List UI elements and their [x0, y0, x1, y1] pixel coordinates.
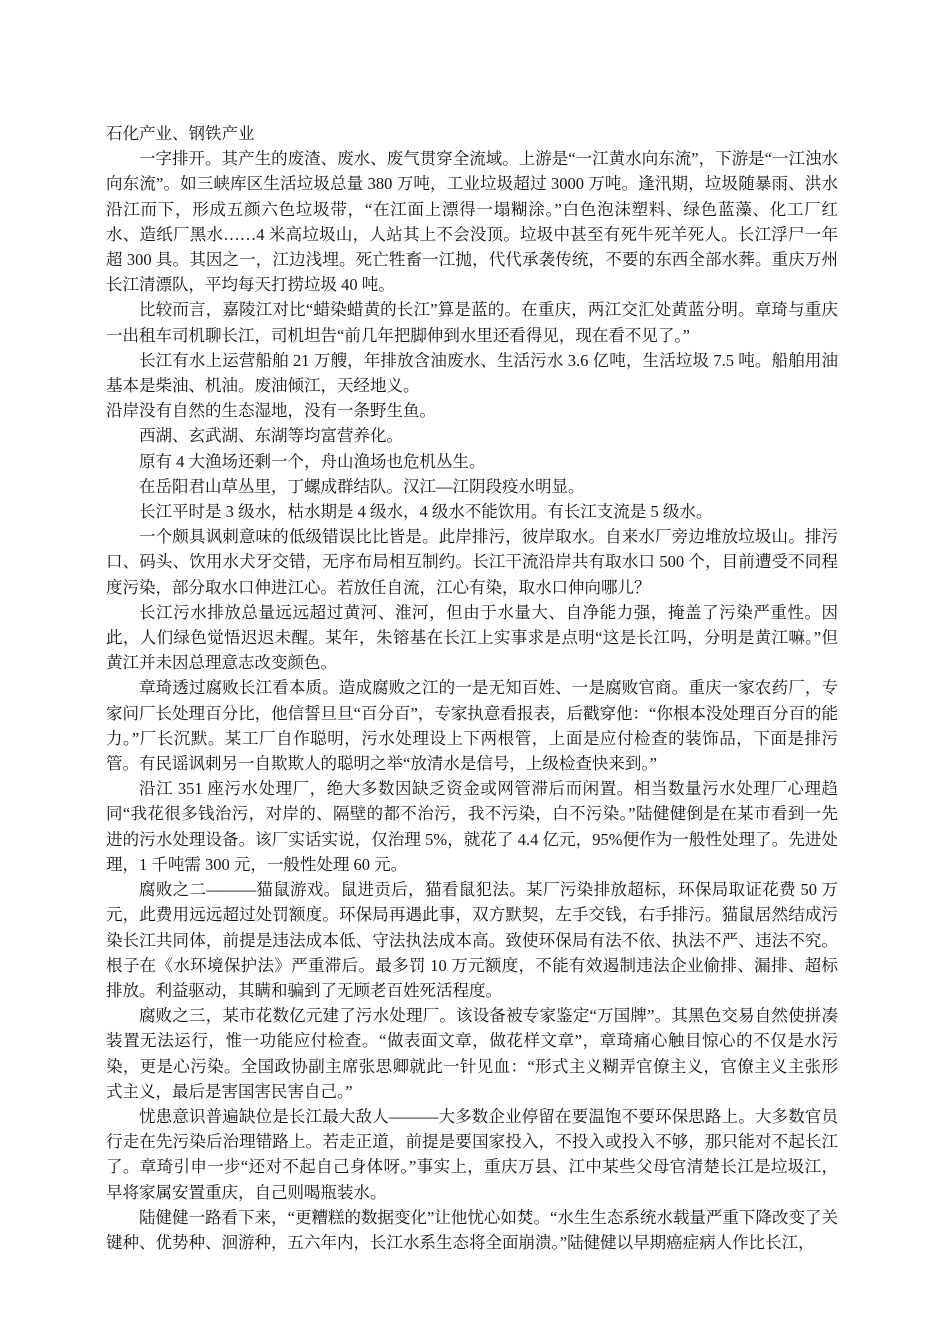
paragraph: 一个颇具讽刺意味的低级错误比比皆是。此岸排污，彼岸取水。自来水厂旁边堆放垃圾山。…	[106, 524, 838, 600]
paragraph: 比较而言，嘉陵江对比“蜡染蜡黄的长江”算是蓝的。在重庆，两江交汇处黄蓝分明。章琦…	[106, 297, 838, 347]
paragraph: 沿江 351 座污水处理厂，绝大多数因缺乏资金或网管滞后而闲置。相当数量污水处理…	[106, 776, 838, 877]
paragraph: 石化产业、钢铁产业	[106, 121, 838, 146]
paragraph: 陆健健一路看下来，“更糟糕的数据变化”让他忧心如焚。“水生生态系统水载量严重下降…	[106, 1205, 838, 1255]
paragraph: 章琦透过腐败长江看本质。造成腐败之江的一是无知百姓、一是腐败官商。重庆一家农药厂…	[106, 675, 838, 776]
paragraph: 腐败之三，某市花数亿元建了污水处理厂。该设备被专家鉴定“万国牌”。其黑色交易自然…	[106, 1003, 838, 1104]
paragraph: 忧患意识普遍缺位是长江最大敌人———大多数企业停留在要温饱不要环保思路上。大多数…	[106, 1104, 838, 1205]
paragraph: 长江污水排放总量远远超过黄河、淮河，但由于水量大、自净能力强，掩盖了污染严重性。…	[106, 600, 838, 676]
paragraph: 沿岸没有自然的生态湿地，没有一条野生鱼。	[106, 398, 838, 423]
document-page: 石化产业、钢铁产业一字排开。其产生的废渣、废水、废气贯穿全流域。上游是“一江黄水…	[0, 0, 950, 1344]
paragraph: 一字排开。其产生的废渣、废水、废气贯穿全流域。上游是“一江黄水向东流”，下游是“…	[106, 146, 838, 297]
paragraph: 原有 4 大渔场还剩一个，舟山渔场也危机丛生。	[106, 449, 838, 474]
paragraph: 在岳阳君山草丛里，丁螺成群结队。汉江—江阴段疫水明显。	[106, 474, 838, 499]
paragraph: 长江有水上运营船舶 21 万艘，年排放含油废水、生活污水 3.6 亿吨，生活垃圾…	[106, 348, 838, 398]
paragraph: 长江平时是 3 级水，枯水期是 4 级水，4 级水不能饮用。有长江支流是 5 级…	[106, 499, 838, 524]
paragraph: 西湖、玄武湖、东湖等均富营养化。	[106, 423, 838, 448]
paragraph: 腐败之二———猫鼠游戏。鼠进贡后，猫看鼠犯法。某厂污染排放超标，环保局取证花费 …	[106, 877, 838, 1003]
document-text: 石化产业、钢铁产业一字排开。其产生的废渣、废水、废气贯穿全流域。上游是“一江黄水…	[106, 121, 838, 1255]
